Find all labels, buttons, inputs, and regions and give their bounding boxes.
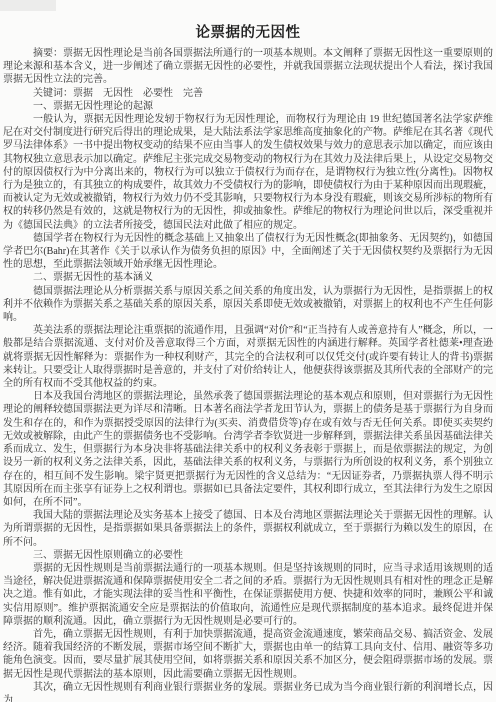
section-2-heading: 二、票据无因性的基本涵义 <box>3 271 493 284</box>
section-1-paragraph: 一般认为，票据无因性理论发轫于物权行为无因性理论，而物权行为理论由 19 世纪德… <box>3 113 493 232</box>
document-body: 论票据的无因性 摘要：票据无因性理论是当前各国票据法所通行的一项基本规则。本文阐… <box>0 0 496 702</box>
section-3-heading: 三、票据无因性原则确立的必要性 <box>3 549 493 562</box>
section-3-paragraph: 票据的无因性规则是当前票据法通行的一项基本规则。但是坚持该规则的同时，应当寻求适… <box>3 562 493 628</box>
section-2-paragraph: 英美法系的票据法理论注重票据的流通作用，且强调“对价”和“正当持有人或善意持有人… <box>3 324 493 390</box>
keywords-line: 关键词：票据 无因性 必要性 完善 <box>3 87 493 100</box>
section-1-paragraph: 德国学者在物权行为无因性的概念基础上又抽象出了债权行为无因性概念(即抽象务、无因… <box>3 232 493 272</box>
page-number: 1 <box>0 684 496 694</box>
section-2-paragraph: 我国大陆的票据法理论及实务基本上接受了德国、日本及台湾地区票据法理论关于票据无因… <box>3 509 493 549</box>
section-3-paragraph: 首先，确立票据无因性规则，有利于加快票据流通，提高资金流通速度，繁荣商品交易、搞… <box>3 628 493 681</box>
section-2-paragraph: 日本及我国台湾地区的票据法理论，虽然承袭了德国票据法理论的基本观点和原则，但对票… <box>3 390 493 509</box>
section-2: 二、票据无因性的基本涵义 德国票据法理论从分析票据关系与原因关系之间关系的角度出… <box>3 271 493 548</box>
section-2-paragraph: 德国票据法理论从分析票据关系与原因关系之间关系的角度出发，认为票据行为无因性，是… <box>3 285 493 325</box>
section-3: 三、票据无因性原则确立的必要性 票据的无因性规则是当前票据法通行的一项基本规则。… <box>3 549 493 702</box>
abstract-paragraph: 摘要：票据无因性理论是当前各国票据法所通行的一项基本规则。本文阐释了票据无因性这… <box>3 47 493 87</box>
section-1-heading: 一、票据无因性理论的起源 <box>3 100 493 113</box>
section-1: 一、票据无因性理论的起源 一般认为，票据无因性理论发轫于物权行为无因性理论，而物… <box>3 100 493 272</box>
document-title: 论票据的无因性 <box>3 25 493 41</box>
document-page: { "doc": { "title": "论票据的无因性", "abstract… <box>0 0 496 702</box>
